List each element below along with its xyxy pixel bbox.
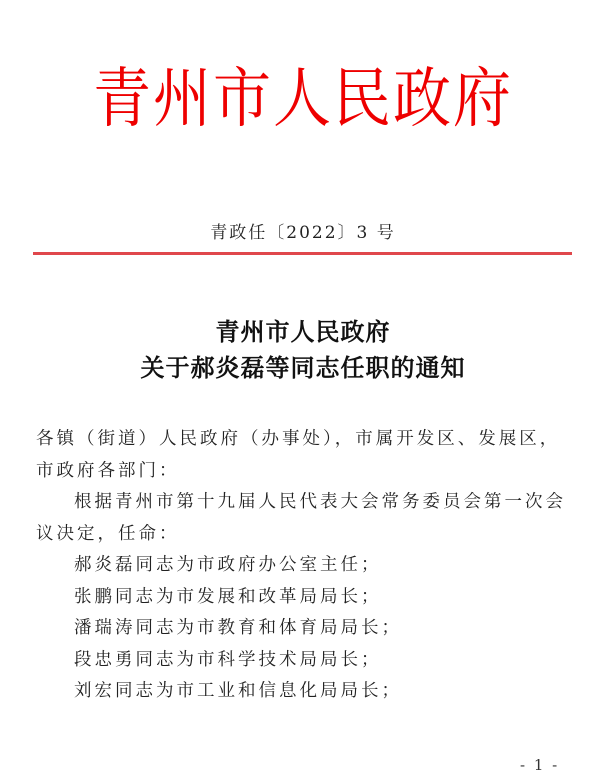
appointment-item: 刘宏同志为市工业和信息化局局长； [36,676,576,708]
document-number: 青政任〔2022〕3 号 [0,222,606,244]
appointment-item: 段忠勇同志为市科学技术局局长； [36,645,576,677]
page-number: - 1 - [520,755,559,775]
appointment-item: 潘瑞涛同志为市教育和体育局局长； [36,613,576,645]
appointment-item: 张鹏同志为市发展和改革局局长； [36,582,576,614]
document-body: 各镇（街道）人民政府（办事处），市属开发区、发展区，市政府各部门： 根据青州市第… [36,424,576,708]
red-divider-line [33,252,572,255]
title-line-issuer: 青州市人民政府 [0,314,606,350]
addressee-paragraph: 各镇（街道）人民政府（办事处），市属开发区、发展区，市政府各部门： [36,424,576,487]
title-line-subject: 关于郝炎磊等同志任职的通知 [0,350,606,386]
issuer-masthead: 青州市人民政府 [0,58,606,139]
appointment-item: 郝炎磊同志为市政府办公室主任； [36,550,576,582]
preamble-paragraph: 根据青州市第十九届人民代表大会常务委员会第一次会议决定，任命： [36,487,576,550]
document-title: 青州市人民政府 关于郝炎磊等同志任职的通知 [0,314,606,386]
